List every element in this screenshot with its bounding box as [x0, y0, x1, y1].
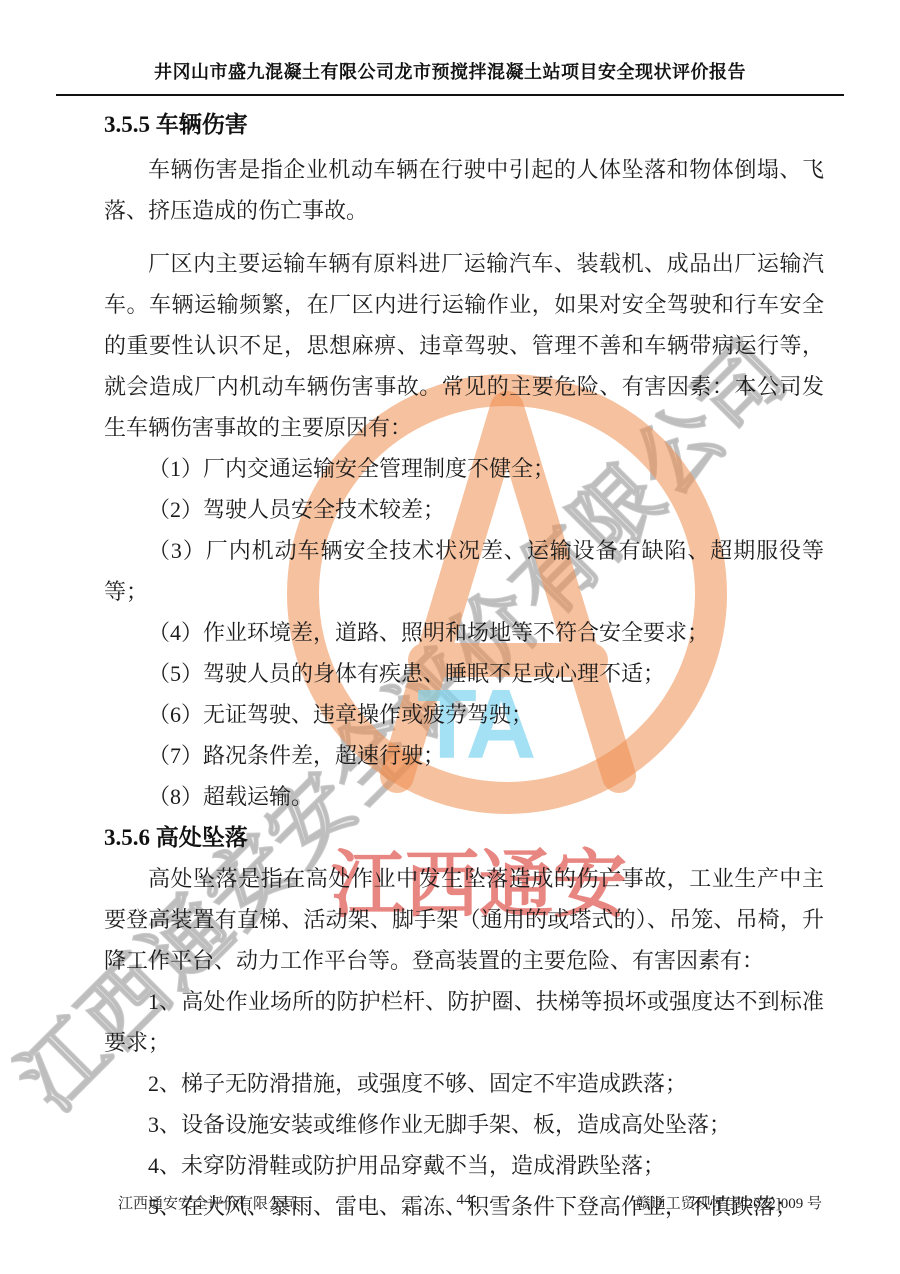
list-item: 4、未穿防滑鞋或防护用品穿戴不当，造成滑跌坠落； [104, 1145, 824, 1186]
list-item: （3）厂内机动车辆安全技术状况差、运输设备有缺陷、超期服役等等； [104, 530, 824, 612]
list-item: （7）路况条件差，超速行驶； [104, 735, 824, 776]
list-item: 2、梯子无防滑措施，或强度不够、固定不牢造成跌落； [104, 1063, 824, 1104]
document-body: 3.5.5 车辆伤害 车辆伤害是指企业机动车辆在行驶中引起的人体坠落和物体倒塌、… [104, 104, 824, 1227]
list-item: （5）驾驶人员的身体有疾患、睡眠不足或心理不适； [104, 653, 824, 694]
section-heading-3-5-5: 3.5.5 车辆伤害 [104, 104, 824, 145]
list-item: 3、设备设施安装或维修作业无脚手架、板，造成高处坠落； [104, 1104, 824, 1145]
paragraph: 厂区内主要运输车辆有原料进厂运输汽车、装载机、成品出厂运输汽车。车辆运输频繁，在… [104, 243, 824, 448]
list-item: （8）超载运输。 [104, 776, 824, 817]
footer-doc-number: 赣通工贸现评字[2022]009 号 [636, 1192, 822, 1213]
page-header: 井冈山市盛九混凝土有限公司龙市预搅拌混凝土站项目安全现状评价报告 [56, 0, 844, 104]
section-heading-3-5-6: 3.5.6 高处坠落 [104, 817, 824, 858]
paragraph: 高处坠落是指在高处作业中发生坠落造成的伤亡事故，工业生产中主要登高装置有直梯、活… [104, 858, 824, 981]
report-title: 井冈山市盛九混凝土有限公司龙市预搅拌混凝土站项目安全现状评价报告 [56, 58, 844, 84]
list-item: （2）驾驶人员安全技术较差； [104, 489, 824, 530]
list-item: （6）无证驾驶、违章操作或疲劳驾驶； [104, 694, 824, 735]
list-item: （1）厂内交通运输安全管理制度不健全； [104, 448, 824, 489]
list-item: （4）作业环境差，道路、照明和场地等不符合安全要求； [104, 612, 824, 653]
list-item: 1、高处作业场所的防护栏杆、防护圈、扶梯等损坏或强度达不到标准要求； [104, 981, 824, 1063]
paragraph: 车辆伤害是指企业机动车辆在行驶中引起的人体坠落和物体倒塌、飞落、挤压造成的伤亡事… [104, 149, 824, 231]
document-page: 江西通安安全评价有限公司 TA 江西通安 井冈山市盛九混凝土有限公司龙市预搅拌混… [0, 0, 900, 1274]
header-divider [56, 94, 844, 96]
